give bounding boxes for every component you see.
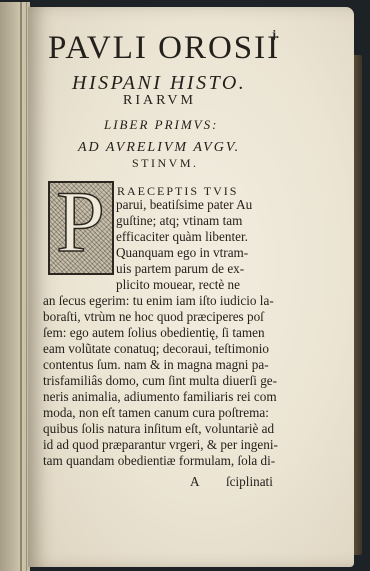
signature-mark: A [190, 474, 200, 490]
body-line: uis partem parum de ex- [116, 261, 244, 277]
body-line: id ad quod præparantur vrgeri, & per ing… [43, 437, 278, 453]
page-edge-line [20, 2, 22, 571]
book-number: LIBER PRIMVS: [104, 117, 218, 133]
folio-mark: j. [272, 27, 279, 42]
body-line: boraſti, vtrùm ne hoc quod præciperes po… [43, 309, 264, 325]
title-line-2: HISPANI HISTO. [72, 72, 246, 95]
body-line: plicito mouear, rectè ne [116, 277, 240, 293]
body-line: ſem: ego autem ſolius obedientię, ſi tam… [43, 325, 265, 341]
dedication-line-1: AD AVRELIVM AVGV. [78, 140, 240, 156]
body-line: contentus ſum. nam & in magna magni pa- [43, 357, 269, 373]
dedication-line-2: STINVM. [132, 156, 199, 171]
left-page-edges [0, 2, 30, 571]
body-line: Quanquam ego in vtram- [116, 245, 248, 261]
title-author: PAVLI OROSII [48, 30, 280, 67]
body-line: an ſecus egerim: tu enim iam iſto iudici… [43, 293, 274, 309]
catchword: ſciplinati [226, 474, 273, 490]
body-line: trisfamiliâs domo, cum ſint multa diuerſ… [43, 373, 277, 389]
book-photo: PAVLI OROSII j. HISPANI HISTO. RIARVM LI… [0, 0, 370, 571]
title-line-3: RIARVM [123, 93, 196, 109]
body-line: parui, beatiſsime pater Au [116, 197, 252, 213]
body-line: tam quandam obedientiæ formulam, ſola di… [43, 453, 275, 469]
body-line: neris animalia, adiumento familiaris rei… [43, 389, 277, 405]
body-line: guſtine; atq; vtinam tam [116, 213, 242, 229]
body-line: moda, non eſt tamen canum cura poſtrema: [43, 405, 269, 421]
body-line: quibus ſolis natura inſitum eſt, volunta… [43, 421, 274, 437]
initial-letter: P [56, 181, 105, 267]
body-line: eam volũtate conatuq; decoraui, teſtimon… [43, 341, 269, 357]
page-edge-line [26, 2, 27, 571]
body-line: efficaciter quàm libenter. [116, 229, 248, 245]
decorated-initial: P [48, 181, 114, 275]
